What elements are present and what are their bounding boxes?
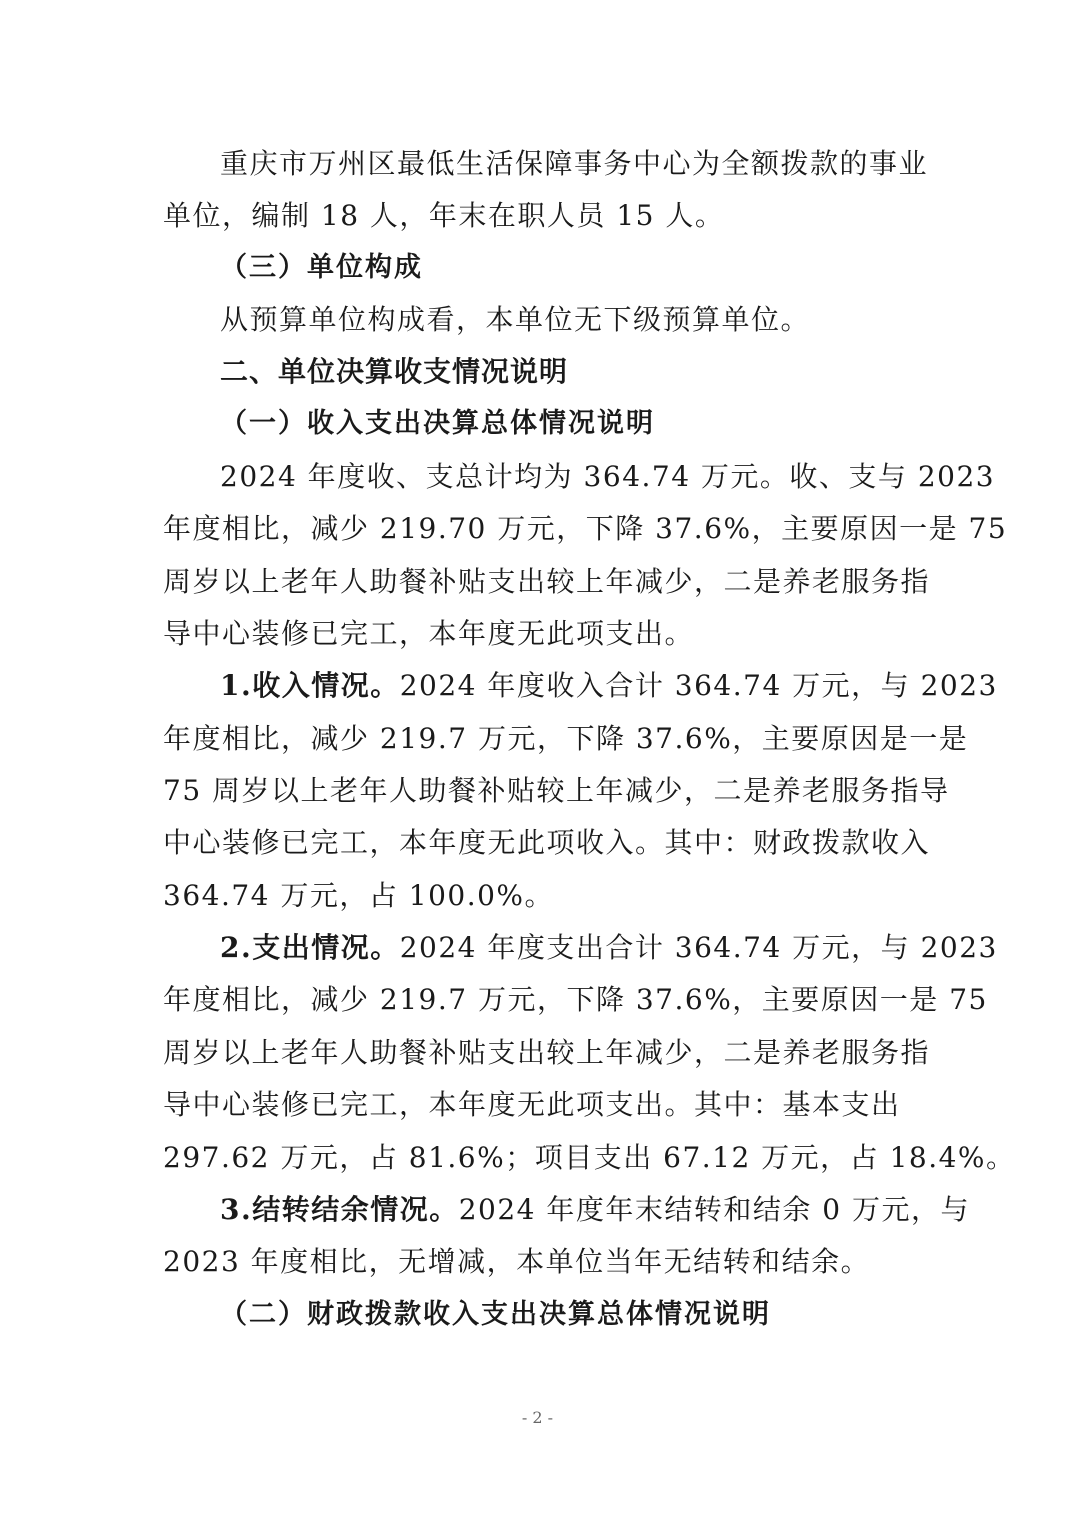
paragraph-unit-description-line-1: 重庆市万州区最低生活保障事务中心为全额拨款的事业 bbox=[220, 146, 970, 182]
paragraph-expenditure-line-3: 周岁以上老年人助餐补贴支出较上年减少，二是养老服务指 bbox=[163, 1035, 913, 1071]
expenditure-lead: 2.支出情况。 bbox=[220, 931, 400, 964]
paragraph-expenditure-line-5: 297.62 万元，占 81.6%；项目支出 67.12 万元，占 18.4%。 bbox=[163, 1140, 913, 1176]
paragraph-expenditure-line-4: 导中心装修已完工，本年度无此项支出。其中：基本支出 bbox=[163, 1087, 913, 1123]
income-text: 2024 年度收入合计 364.74 万元，与 2023 bbox=[400, 669, 998, 702]
subheading-overall-income-expenditure: （一）收入支出决算总体情况说明 bbox=[220, 406, 970, 442]
paragraph-unit-composition: 从预算单位构成看，本单位无下级预算单位。 bbox=[220, 302, 970, 338]
paragraph-overall-line-3: 周岁以上老年人助餐补贴支出较上年减少，二是养老服务指 bbox=[163, 564, 913, 600]
paragraph-overall-line-1: 2024 年度收、支总计均为 364.74 万元。收、支与 2023 bbox=[220, 459, 970, 495]
paragraph-expenditure-line-2: 年度相比，减少 219.7 万元，下降 37.6%，主要原因一是 75 bbox=[163, 982, 913, 1018]
paragraph-income-line-1: 1.收入情况。2024 年度收入合计 364.74 万元，与 2023 bbox=[220, 668, 970, 704]
paragraph-income-line-2: 年度相比，减少 219.7 万元，下降 37.6%，主要原因是一是 bbox=[163, 721, 913, 757]
paragraph-income-line-5: 364.74 万元，占 100.0%。 bbox=[163, 878, 913, 914]
paragraph-carryover-line-1: 3.结转结余情况。2024 年度年末结转和结余 0 万元，与 bbox=[220, 1192, 970, 1228]
paragraph-carryover-line-2: 2023 年度相比，无增减，本单位当年无结转和结余。 bbox=[163, 1244, 913, 1280]
subheading-fiscal-appropriation: （二）财政拨款收入支出决算总体情况说明 bbox=[220, 1297, 970, 1333]
page-number: - 2 - bbox=[0, 1408, 1075, 1427]
document-page: 重庆市万州区最低生活保障事务中心为全额拨款的事业 单位，编制 18 人，年末在职… bbox=[0, 0, 1075, 1520]
expenditure-text: 2024 年度支出合计 364.74 万元，与 2023 bbox=[400, 931, 998, 964]
paragraph-unit-description-line-2: 单位，编制 18 人，年末在职人员 15 人。 bbox=[163, 198, 913, 234]
carryover-lead: 3.结转结余情况。 bbox=[220, 1193, 459, 1226]
income-lead: 1.收入情况。 bbox=[220, 669, 400, 702]
paragraph-expenditure-line-1: 2.支出情况。2024 年度支出合计 364.74 万元，与 2023 bbox=[220, 930, 970, 966]
carryover-text: 2024 年度年末结转和结余 0 万元，与 bbox=[459, 1193, 970, 1226]
paragraph-overall-line-2: 年度相比，减少 219.70 万元，下降 37.6%，主要原因一是 75 bbox=[163, 511, 913, 547]
section-heading-income-expenditure: 二、单位决算收支情况说明 bbox=[220, 354, 970, 390]
heading-unit-composition: （三）单位构成 bbox=[220, 250, 970, 286]
paragraph-income-line-3: 75 周岁以上老年人助餐补贴较上年减少，二是养老服务指导 bbox=[163, 773, 913, 809]
paragraph-overall-line-4: 导中心装修已完工，本年度无此项支出。 bbox=[163, 616, 913, 652]
paragraph-income-line-4: 中心装修已完工，本年度无此项收入。其中：财政拨款收入 bbox=[163, 825, 913, 861]
